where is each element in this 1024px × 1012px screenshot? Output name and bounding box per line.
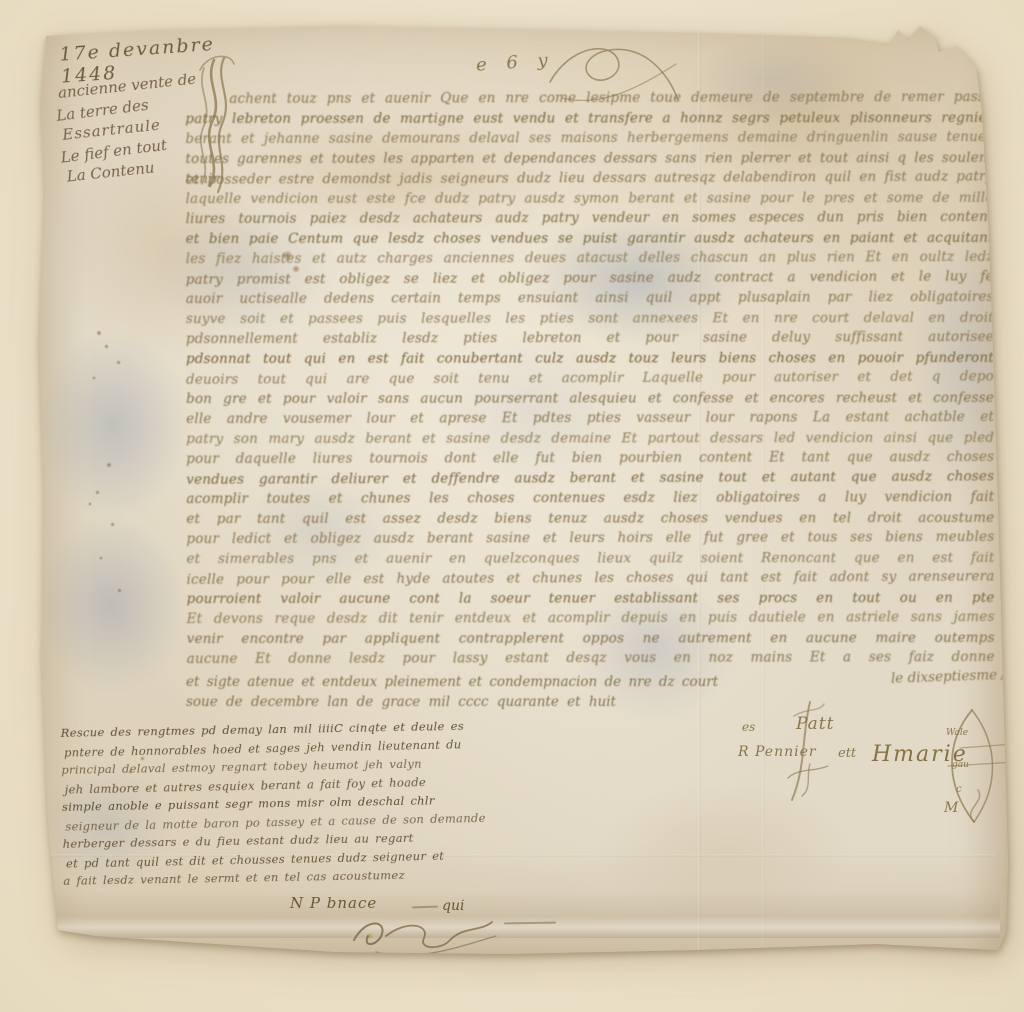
paraph-letter: Wale — [946, 728, 968, 738]
manuscript-line: acomplir toutes et chunes les choses con… — [186, 487, 994, 509]
body-text: achent touz pns et auenir Que en nre com… — [185, 87, 995, 669]
manuscript-line: berant et jehanne sasine demourans delav… — [185, 127, 993, 149]
manuscript-line: elle andre vousemer lour et aprese Et pd… — [186, 407, 994, 429]
endorsement-text: Rescue des rengtmes pd demay lan mil iii… — [61, 716, 504, 890]
closing-date: le dixseptiesme / — [826, 667, 1006, 689]
signature-initials: es — [742, 720, 755, 734]
foxing-spot — [96, 330, 102, 336]
foxing-spot — [117, 588, 122, 593]
foxing-spot — [110, 522, 115, 527]
manuscript-line: toutes garennes et toutes les apparten e… — [185, 148, 993, 169]
manuscript-line: pourroient valoir aucune cont la soeur t… — [187, 588, 995, 609]
paraph-letter: c — [956, 784, 962, 795]
foxing-spot — [116, 360, 121, 365]
paraph-loop-icon — [932, 704, 1018, 844]
manuscript-line: icelle pour pour elle est hyde atoutes e… — [186, 566, 994, 589]
paraph-letter: M — [944, 800, 958, 816]
signature-notary-left: R Pennier — [738, 744, 817, 760]
manuscript-line: deuoirs tout qui are que soit tenu et ac… — [186, 366, 994, 389]
paraph-letter: gau — [952, 760, 969, 770]
manuscript-line: pour ledict et obligez ausdz berant sasi… — [186, 527, 994, 549]
manuscript-line: patry lebreton proessen de martigne eust… — [185, 108, 993, 129]
manuscript-line: Et devons reque desdz dit tenir entdeux … — [187, 607, 995, 629]
foxing-spot — [95, 490, 100, 495]
foxing-spot — [92, 376, 96, 380]
manuscript-line: et simerables pns et auenir en quelzconq… — [186, 548, 994, 569]
foxing-spot — [99, 556, 103, 560]
foxing-spot — [106, 462, 112, 468]
manuscript-line: auoir uctisealle dedens certain temps en… — [186, 287, 994, 309]
manuscript-line: venir encontre par appliquent contrapple… — [187, 628, 995, 649]
manuscript-line: et par tant quil est assez desdz biens t… — [186, 508, 994, 529]
manuscript-line: pdsonnat tout qui en est fait conubertan… — [186, 348, 994, 369]
archival-mat: 17e devanbre 1448 ancienne vente deLa te… — [0, 0, 1024, 1012]
dating-clause-line: soue de decembre lan de grace mil cccc q… — [186, 694, 616, 710]
foxing-spot — [88, 502, 92, 506]
manuscript-line: les fiez haistes et autz charges ancienn… — [186, 247, 994, 269]
manuscript-line: vendues garantir deliurer et deffendre a… — [186, 466, 994, 489]
bottom-fold-shading — [50, 890, 1000, 938]
closing-line: et sigte atenue et entdeux pleinement et… — [186, 674, 706, 690]
manuscript-line: aucune Et donne lesdz pour lassy estant … — [187, 647, 995, 669]
signature-notary-left-suffix: ett — [838, 746, 856, 761]
manuscript-line: bon gre et pour valoir sans aucun pourse… — [186, 388, 994, 409]
manuscript-line: laquelle vendicion eust este fce dudz pa… — [186, 188, 994, 209]
notary-paraph: WalegaucM — [932, 704, 1018, 844]
manuscript-line: suyve soit et passees puis lesquelles le… — [186, 308, 994, 329]
parchment-shadow: 17e devanbre 1448 ancienne vente deLa te… — [36, 22, 1010, 956]
manuscript-line: patry son mary ausdz berant et sasine de… — [186, 428, 994, 449]
signature-paraph-squiggle-icon — [784, 760, 832, 800]
foxing-spot — [104, 344, 109, 349]
parchment-sheet: 17e devanbre 1448 ancienne vente deLa te… — [36, 22, 1010, 956]
manuscript-line: pour daquelle liures tournois dont elle … — [186, 447, 994, 469]
manuscript-line: et posseder estre demondst jadis seigneu… — [185, 166, 993, 189]
manuscript-line: patry promist est obligez se liez et obl… — [186, 266, 994, 289]
manuscript-line: pdsonnellement establiz lesdz pties lebr… — [186, 327, 994, 349]
endorsement-flourish-icon — [346, 910, 501, 960]
water-stain — [36, 515, 186, 695]
manuscript-line: achent touz pns et auenir Que en nre com… — [185, 87, 993, 109]
water-stain — [38, 330, 188, 520]
manuscript-line: liures tournois paiez desdz achateurs au… — [186, 207, 994, 229]
manuscript-line: et bien paie Centum que lesdz choses ven… — [186, 228, 994, 249]
